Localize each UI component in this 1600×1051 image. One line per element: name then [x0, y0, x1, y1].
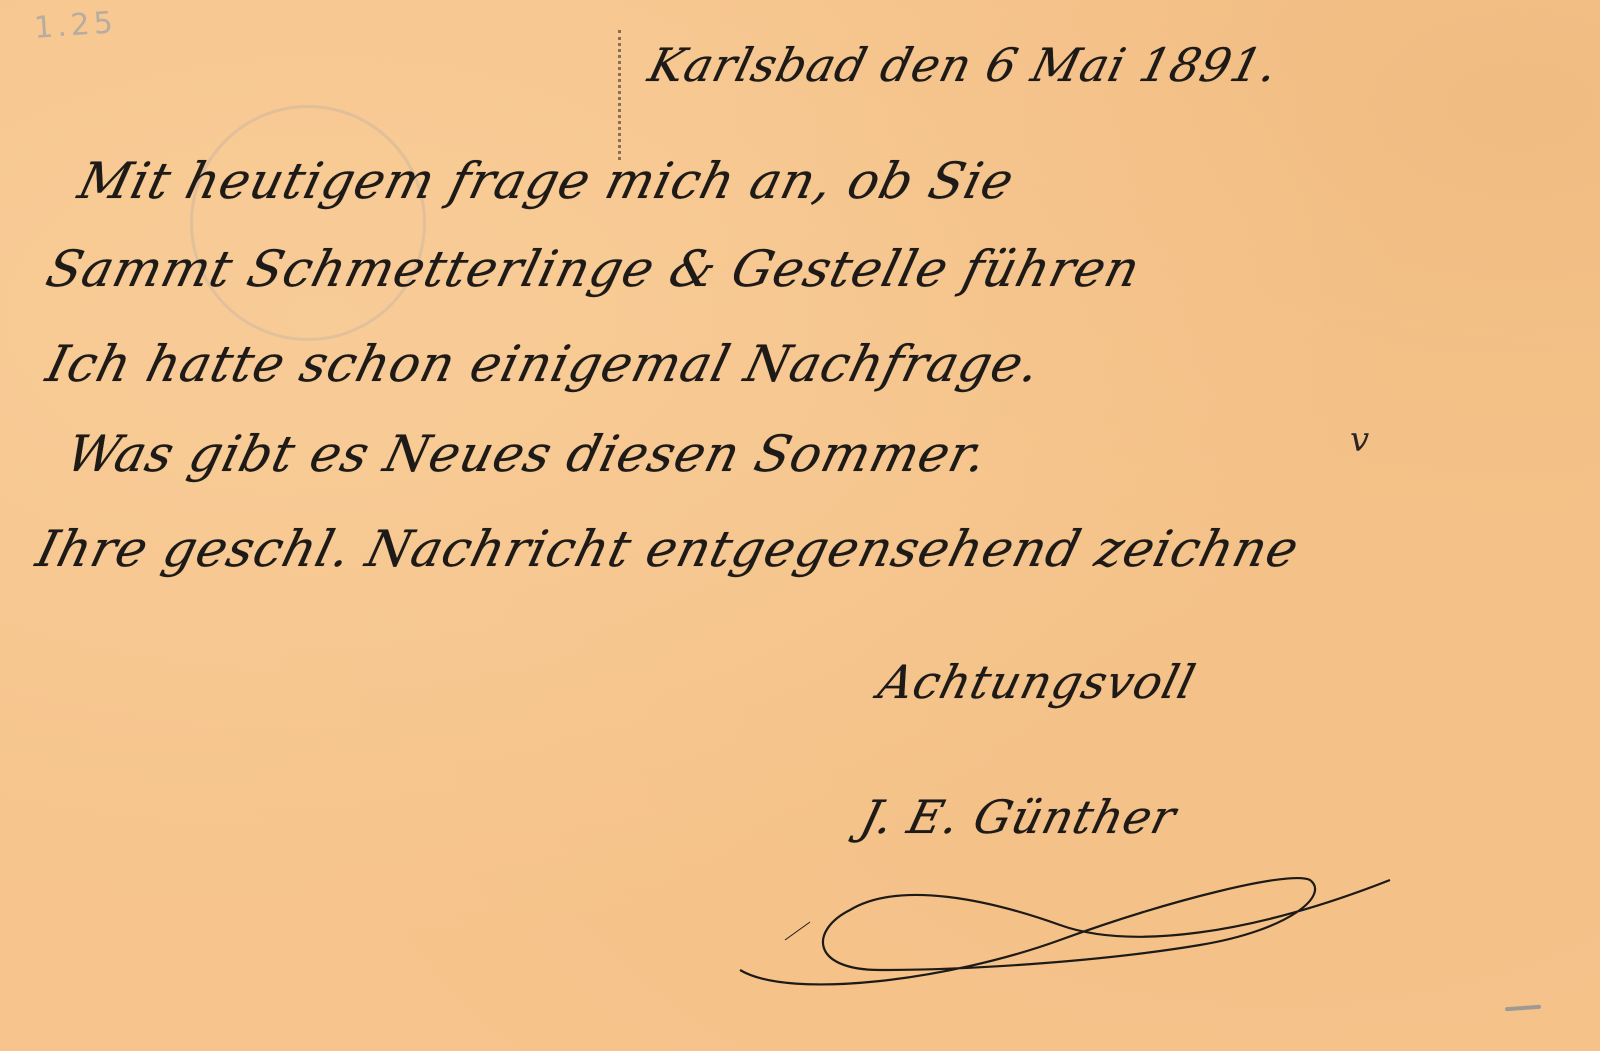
stamp-perforation-dots — [618, 30, 641, 160]
body-line-4: Was gibt es Neues diesen Sommer. — [61, 425, 994, 483]
place-date-line: Karlsbad den 6 Mai 1891. — [643, 38, 1284, 92]
margin-mark: v — [1350, 420, 1369, 460]
body-line-3: Ich hatte schon einigemal Nachfrage. — [41, 335, 1047, 393]
body-line-5: Ihre geschl. Nachricht entgegensehend ze… — [31, 520, 1305, 578]
signature-flourish-icon — [730, 860, 1410, 1020]
postcard: 1.25 Karlsbad den 6 Mai 1891. Mit heutig… — [0, 0, 1600, 1051]
faint-postmark-ring — [190, 105, 426, 341]
signature: J. E. Günther — [855, 790, 1182, 844]
pencil-annotation: 1.25 — [33, 5, 118, 46]
pencil-dash-mark — [1505, 1005, 1541, 1012]
closing-phrase: Achtungsvoll — [873, 655, 1201, 709]
body-line-1: Mit heutigem frage mich an, ob Sie — [73, 152, 1020, 210]
body-line-2: Sammt Schmetterlinge & Gestelle führen — [41, 240, 1146, 298]
